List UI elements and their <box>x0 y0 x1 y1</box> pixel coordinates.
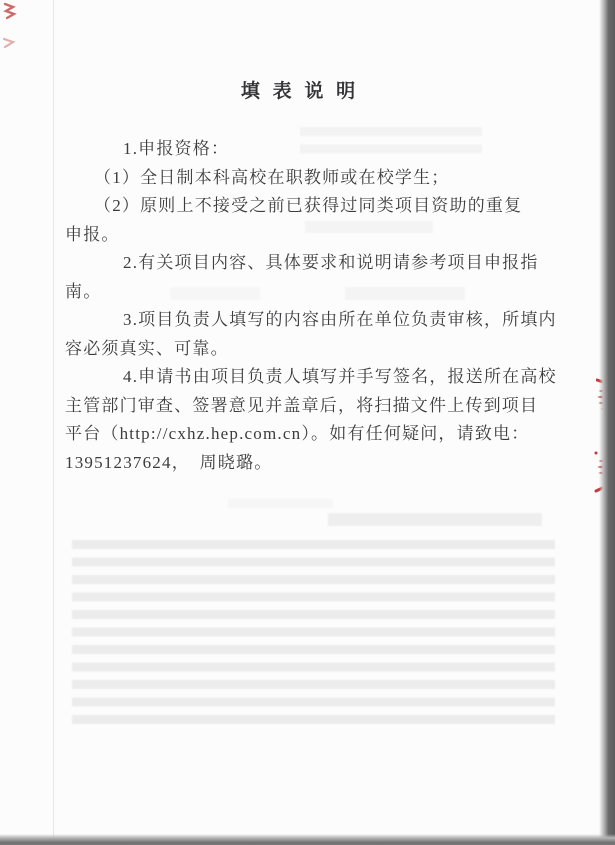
instruction-line: 13951237624， 周晓璐。 <box>65 449 550 478</box>
instruction-line: 2.有关项目内容、具体要求和说明请参考项目申报指 <box>65 249 550 278</box>
instruction-line: 4.申请书由项目负责人填写并手写签名，报送所在高校 <box>65 363 550 392</box>
scan-fold-line <box>53 0 54 845</box>
bleed-through-text <box>72 540 555 732</box>
instruction-line: 容必须真实、可靠。 <box>65 335 550 364</box>
instruction-line: 南。 <box>65 278 550 307</box>
red-pen-mark <box>2 2 18 20</box>
instruction-line: （1）全日制本科高校在职教师或在校学生； <box>65 164 550 193</box>
page-edge-shadow-right <box>599 0 615 845</box>
page-title: 填 表 说 明 <box>0 76 600 103</box>
instruction-line: 主管部门审查、签署意见并盖章后，将扫描文件上传到项目 <box>65 392 550 421</box>
page-edge-shadow-bottom <box>0 834 615 845</box>
instruction-line: 1.申报资格： <box>65 135 550 164</box>
instructions-body: 1.申报资格：（1）全日制本科高校在职教师或在校学生；（2）原则上不接受之前已获… <box>65 135 550 477</box>
bleed-through-text <box>228 499 333 508</box>
red-pen-mark <box>2 36 16 50</box>
bleed-through-text <box>328 513 542 526</box>
instruction-line: 3.项目负责人填写的内容由所在单位负责审核，所填内 <box>65 306 550 335</box>
scanned-document-page: 填 表 说 明 1.申报资格：（1）全日制本科高校在职教师或在校学生；（2）原则… <box>0 0 615 845</box>
instruction-line: 平台（http://cxhz.hep.com.cn）。如有任何疑问，请致电： <box>65 420 550 449</box>
instruction-line: 申报。 <box>65 221 550 250</box>
instruction-line: （2）原则上不接受之前已获得过同类项目资助的重复 <box>65 192 550 221</box>
